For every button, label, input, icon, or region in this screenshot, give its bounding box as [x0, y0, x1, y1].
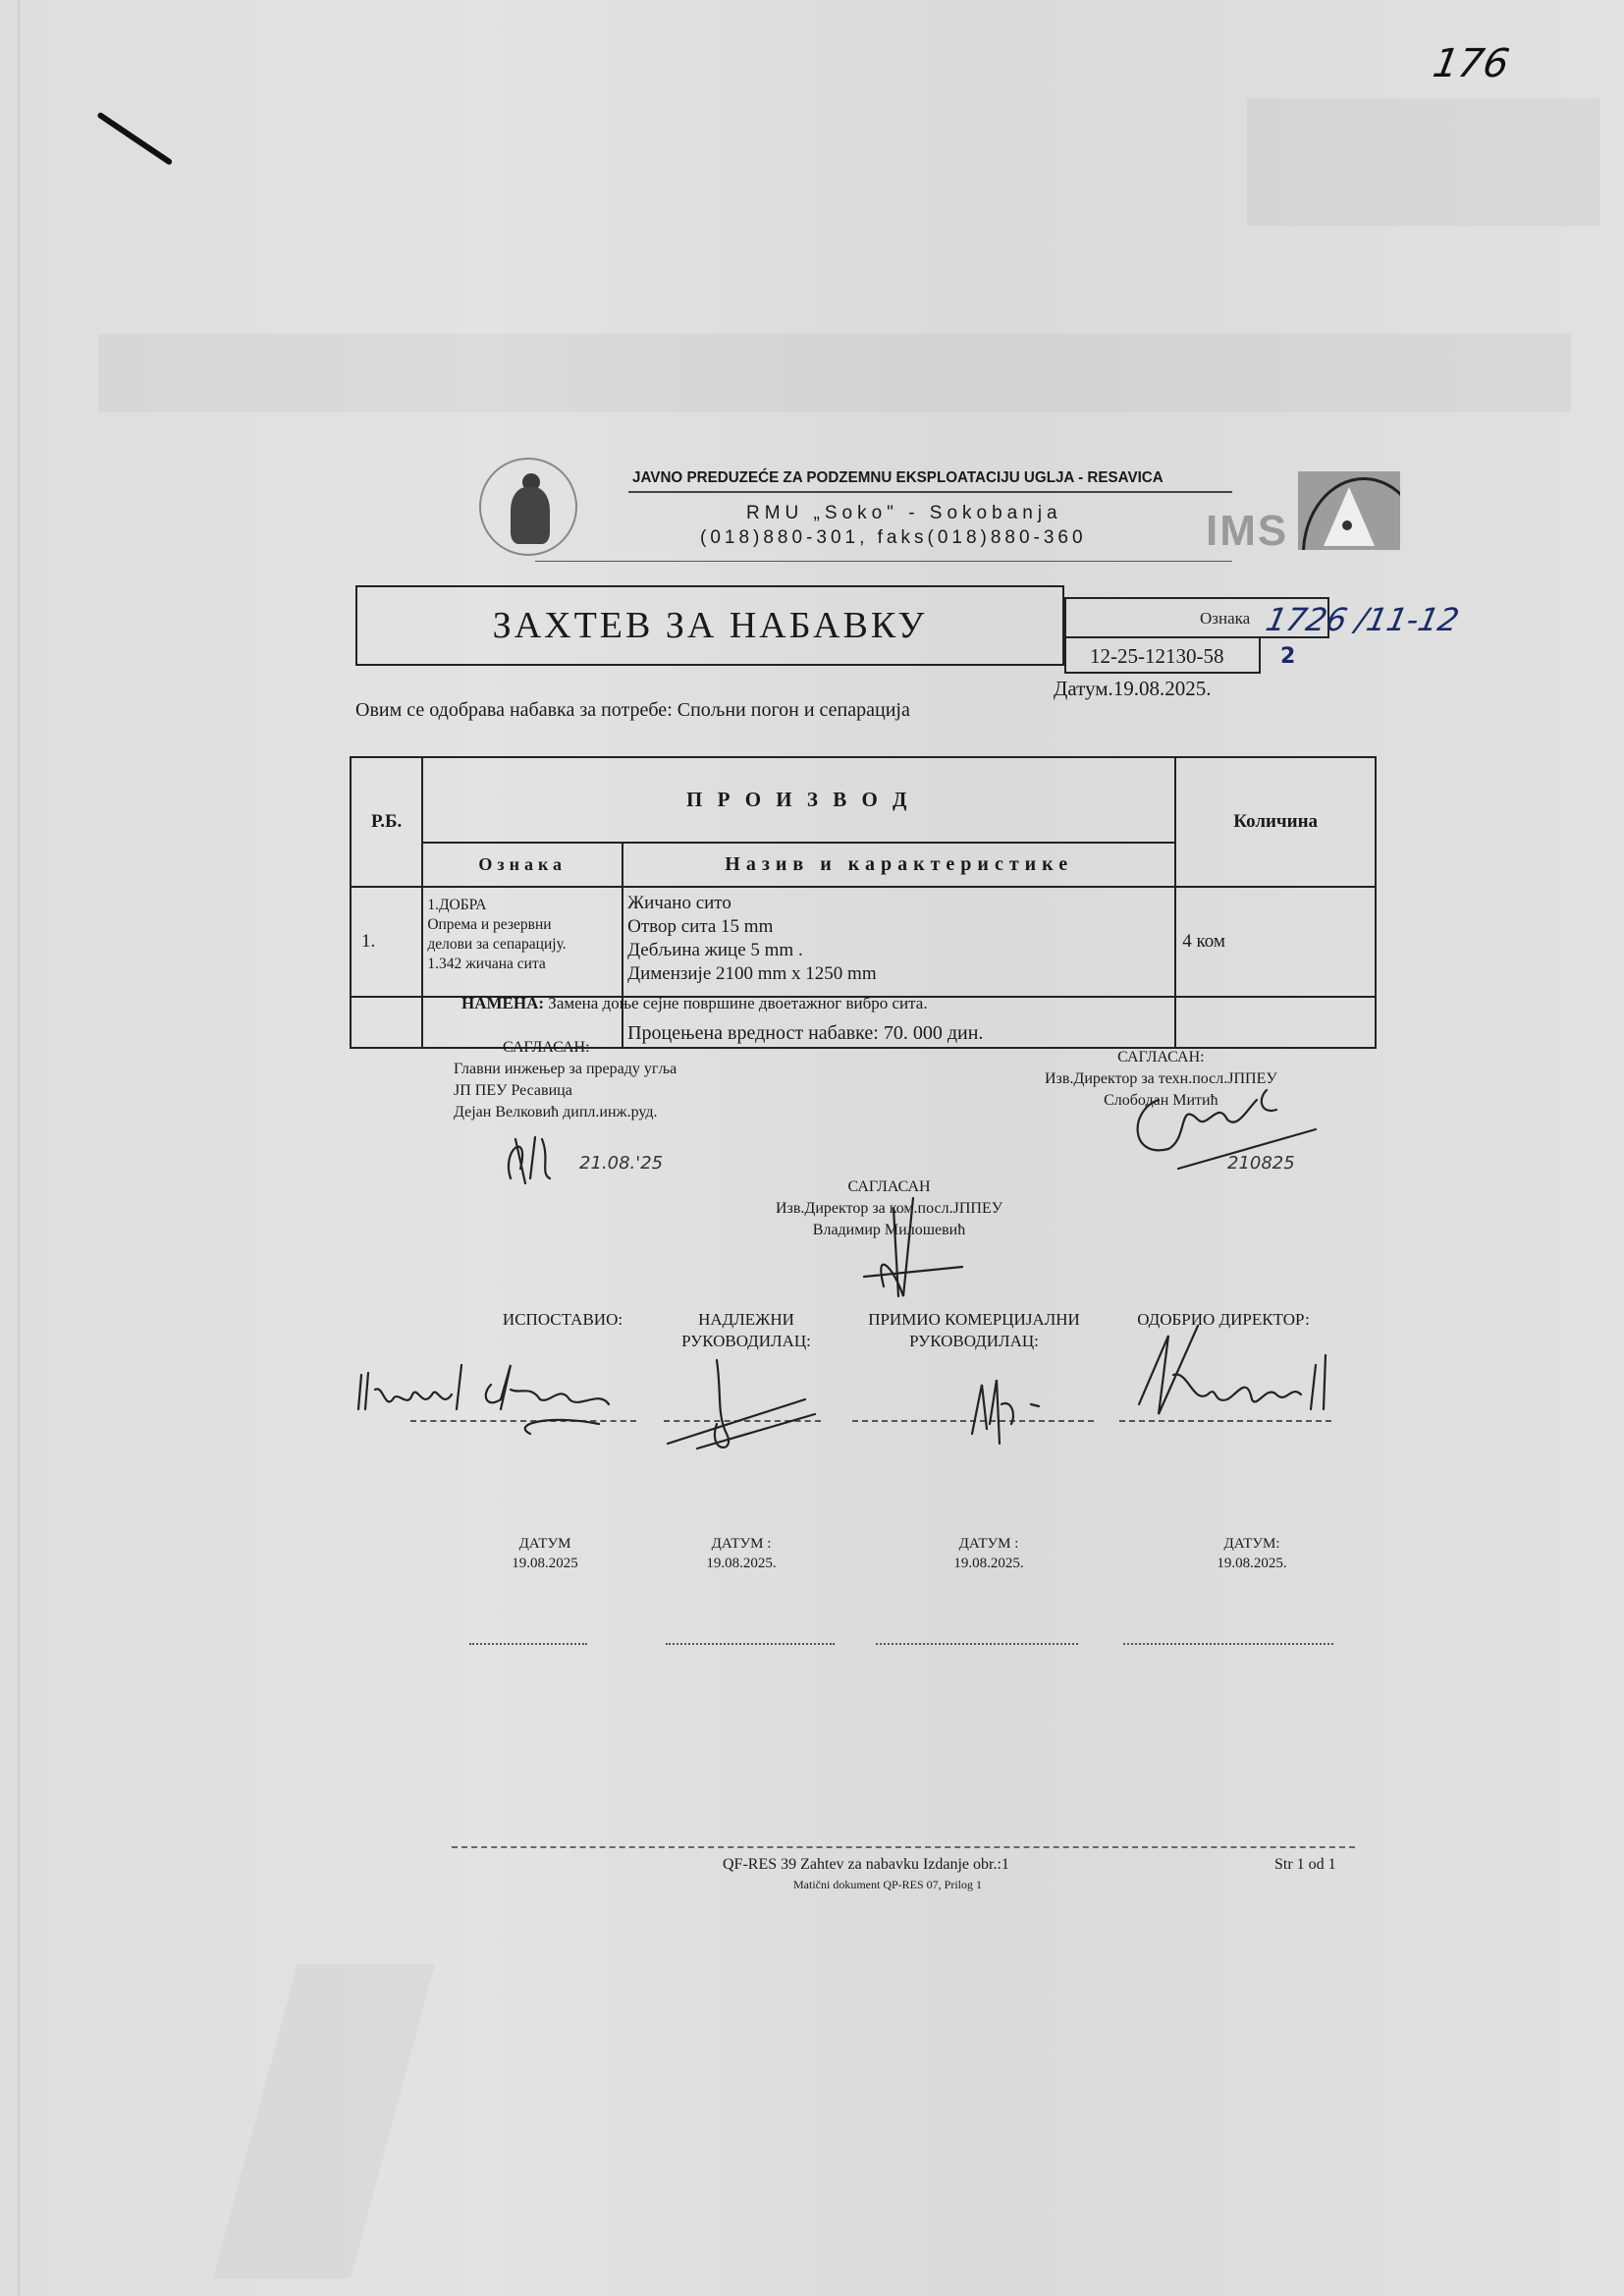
label-line: НАДЛЕЖНИ	[668, 1309, 825, 1331]
date-director: ДАТУМ: 19.08.2025.	[1198, 1534, 1306, 1573]
svg-text:21.08.'25: 21.08.'25	[579, 1153, 663, 1174]
naziv-line: Жичано сито	[627, 892, 1170, 915]
header-naziv: Назив и карактеристике	[623, 843, 1175, 887]
header-oznaka: Ознака	[422, 843, 623, 887]
naziv-line: Димензије 2100 mm x 1250 mm	[627, 962, 1170, 986]
approval-chief-engineer: САГЛАСАН: Главни инжењер за прераду угља…	[454, 1037, 677, 1123]
footer-form-id: QF-RES 39 Zahtev za nabavku Izdanje obr.…	[723, 1856, 1009, 1874]
approval-head: САГЛАСАН:	[1045, 1047, 1277, 1068]
svg-text:210825: 210825	[1227, 1153, 1295, 1174]
label-issued-by: ИСПОСТАВИО:	[489, 1309, 636, 1331]
date-line	[469, 1643, 587, 1645]
date-commercial-manager: ДАТУМ : 19.08.2025.	[935, 1534, 1043, 1573]
label-line: ПРИМИО КОМЕРЦИЈАЛНИ	[846, 1309, 1102, 1331]
approval-line: Дејан Велковић дипл.инж.руд.	[454, 1102, 677, 1123]
ims-logo: IMS	[1206, 507, 1288, 556]
handwritten-page-number: 176	[1430, 41, 1512, 86]
label-commercial-manager: ПРИМИО КОМЕРЦИЈАЛНИ РУКОВОДИЛАЦ:	[846, 1309, 1102, 1352]
signature-tech-director: 210825	[1119, 1070, 1355, 1178]
header-rb: Р.Б.	[351, 757, 422, 887]
label-line: ИСПОСТАВИО:	[489, 1309, 636, 1331]
oznaka-handwritten: 1726 /11-12	[1263, 601, 1462, 638]
signature-director	[1119, 1316, 1355, 1434]
company-name: JAVNO PREDUZEĆE ZA PODZEMNU EKSPLOATACIJ…	[632, 469, 1164, 487]
table-header-row: Р.Б. П Р О И З В О Д Количина	[351, 757, 1376, 843]
eagle-logo-icon	[1298, 471, 1400, 550]
date-responsible-manager: ДАТУМ : 19.08.2025.	[687, 1534, 795, 1573]
divider	[535, 561, 1232, 562]
document-title: ЗАХТЕВ ЗА НАБАВКУ	[355, 604, 1064, 647]
date-label: ДАТУМ	[491, 1534, 599, 1554]
mine-name: RMU „Soko" - Sokobanja	[746, 503, 1062, 524]
signature-responsible-manager	[648, 1355, 825, 1463]
date-label: ДАТУМ:	[1198, 1534, 1306, 1554]
table-row: 1. 1.ДОБРА Опрема и резервни делови за с…	[351, 887, 1376, 997]
cell-quantity: 4 ком	[1175, 887, 1376, 997]
header-product: П Р О И З В О Д	[422, 757, 1175, 843]
divider	[628, 491, 1232, 493]
naziv-line: Дебљина жице 5 mm .	[627, 939, 1170, 962]
date-line	[876, 1643, 1078, 1645]
label-line: РУКОВОДИЛАЦ:	[846, 1331, 1102, 1352]
page-edge	[18, 0, 20, 2296]
signature-commercial-director	[844, 1188, 982, 1306]
approval-text: Овим се одобрава набавка за потребе: Спо…	[355, 699, 910, 722]
footer-divider	[452, 1846, 1355, 1848]
phone-numbers: (018)880-301, faks(018)880-360	[700, 527, 1087, 549]
bleed-through	[98, 334, 1571, 412]
signature-chief-engineer: 21.08.'25	[491, 1129, 687, 1188]
cell-naziv: Жичано сито Отвор сита 15 mm Дебљина жиц…	[623, 887, 1175, 997]
date-line	[666, 1643, 835, 1645]
header-quantity: Количина	[1175, 757, 1376, 887]
footer-parent-document: Matični dokument QP-RES 07, Prilog 1	[793, 1878, 982, 1892]
oznaka-line: делови за сепарацију.	[427, 935, 618, 955]
approval-line: ЈП ПЕУ Ресавица	[454, 1080, 677, 1102]
label-responsible-manager: НАДЛЕЖНИ РУКОВОДИЛАЦ:	[668, 1309, 825, 1352]
date-line	[1123, 1643, 1333, 1645]
date-label: ДАТУМ :	[935, 1534, 1043, 1554]
miner-logo-icon	[479, 458, 577, 556]
cell-oznaka: 1.ДОБРА Опрема и резервни делови за сепа…	[422, 887, 623, 997]
date-value: 19.08.2025.	[935, 1554, 1043, 1573]
date-value: 19.08.2025.	[687, 1554, 795, 1573]
date-label: ДАТУМ :	[687, 1534, 795, 1554]
label-line: РУКОВОДИЛАЦ:	[668, 1331, 825, 1352]
cell-rb: 1.	[351, 887, 422, 997]
cell-empty	[351, 997, 422, 1048]
purpose-text: Замена доње сејне површине двоетажног ви…	[548, 994, 927, 1012]
date-value: 19.08.2025.	[1198, 1554, 1306, 1573]
naziv-line: Отвор сита 15 mm	[627, 915, 1170, 939]
signature-commercial-manager	[943, 1365, 1080, 1453]
code-number: 12-25-12130-58	[1090, 644, 1223, 669]
signature-issued-by	[353, 1355, 658, 1444]
approval-line: Главни инжењер за прераду угља	[454, 1059, 677, 1080]
footer-page-number: Str 1 od 1	[1274, 1856, 1336, 1874]
cell-empty	[1175, 997, 1376, 1048]
oznaka-line: 1.342 жичана сита	[427, 955, 618, 974]
bleed-through	[1247, 98, 1600, 226]
purpose: НАМЕНА: Замена доње сејне површине двоет…	[461, 994, 928, 1013]
date-issued-by: ДАТУМ 19.08.2025	[491, 1534, 599, 1573]
purpose-label: НАМЕНА:	[461, 994, 544, 1012]
approval-head: САГЛАСАН:	[454, 1037, 677, 1059]
document-date: Датум.19.08.2025.	[1054, 677, 1212, 701]
date-value: 19.08.2025	[491, 1554, 599, 1573]
oznaka-label: Ознака	[1200, 609, 1250, 629]
oznaka-line: Опрема и резервни	[427, 915, 618, 935]
code-handwritten: 2	[1280, 644, 1295, 669]
oznaka-line: 1.ДОБРА	[427, 896, 618, 915]
